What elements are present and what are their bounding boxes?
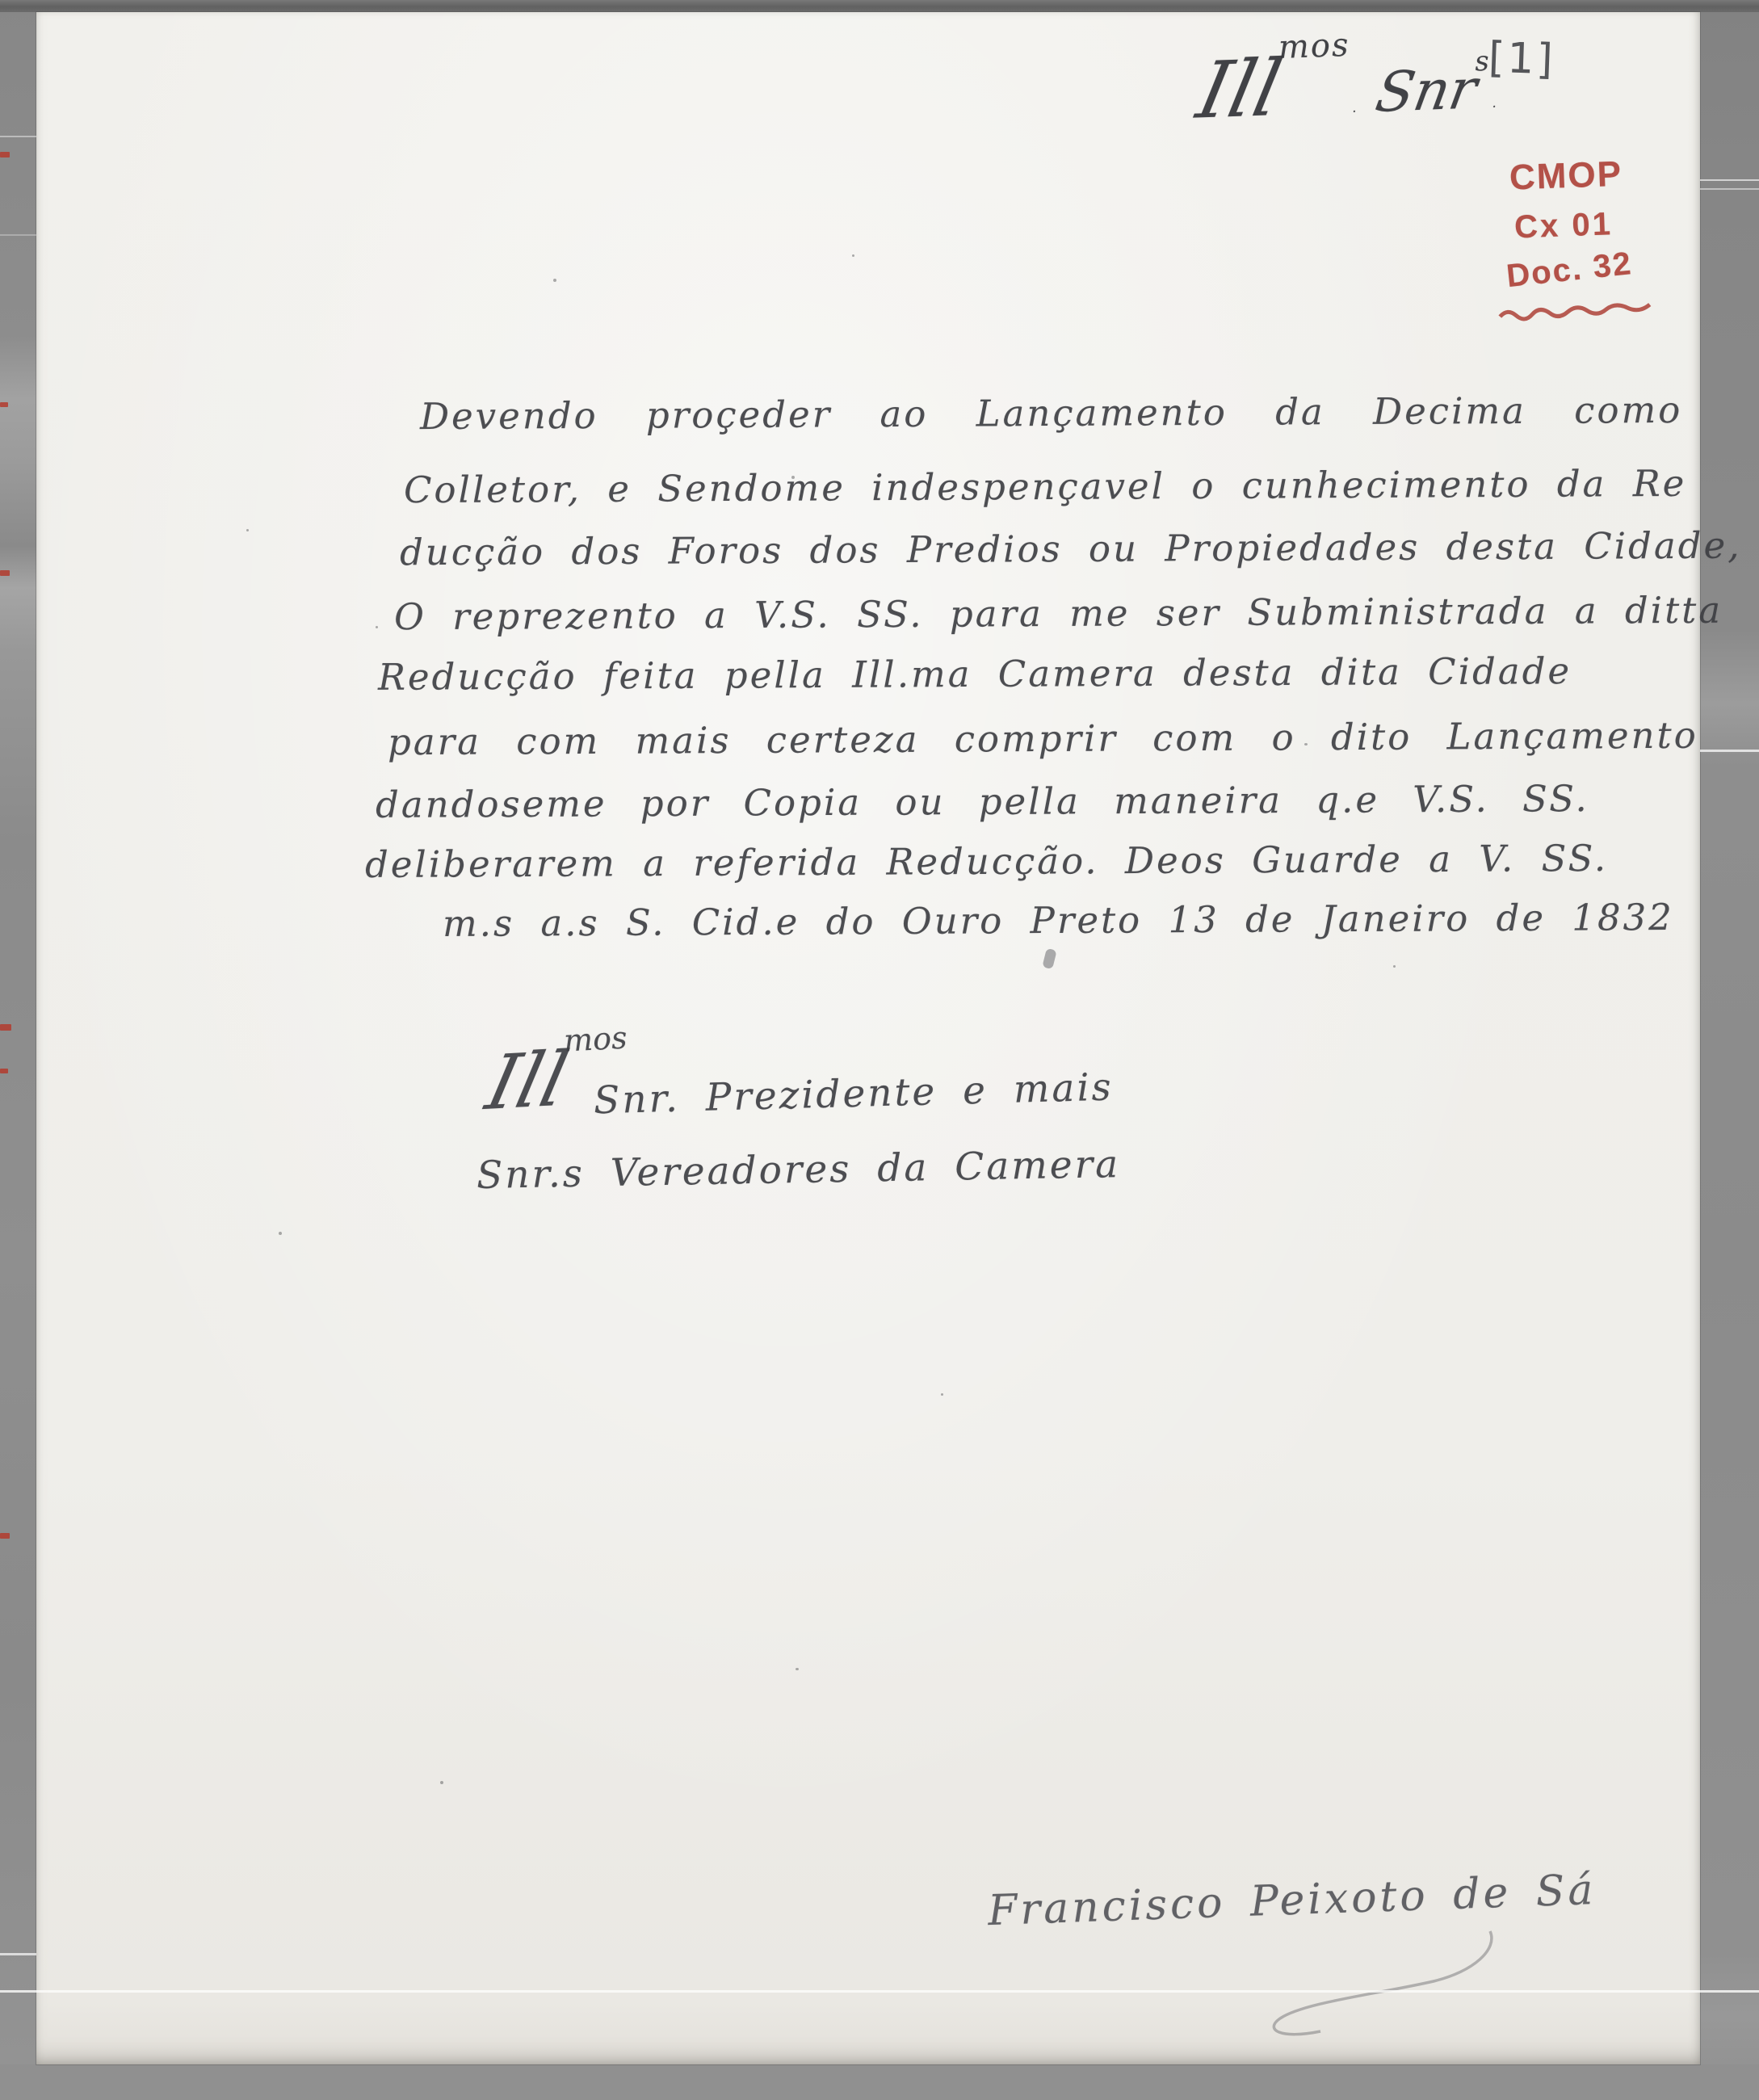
scanner-band-right xyxy=(1700,0,1759,2100)
archival-stamp: CMOP Cx 01 Doc. 32 xyxy=(1509,153,1633,290)
address-line-president: Snr. Prezidente e mais xyxy=(593,1065,1114,1123)
signature-flourish xyxy=(1248,1925,1506,2046)
salutation-sep: . xyxy=(1352,100,1357,115)
paper-speck xyxy=(279,1232,282,1235)
letter-page: Illmos.Snrs. [1] CMOP Cx 01 Doc. 32 Deve… xyxy=(36,12,1700,2064)
archival-box-code: Cx 01 xyxy=(1513,205,1631,246)
paper-speck xyxy=(1086,485,1089,488)
letter-line-4: O reprezento a V.S. SS. para me ser Subm… xyxy=(394,589,1723,639)
letter-line-2: Colletor, e Sendome indespençavel o cunh… xyxy=(404,462,1687,511)
salutation-illmos: Ill xyxy=(1190,42,1289,136)
paper-speck xyxy=(796,1668,799,1670)
paper-speck xyxy=(1304,743,1308,745)
archival-doc-code: Doc. 32 xyxy=(1505,246,1634,295)
salutation-snrs: Snr xyxy=(1371,57,1482,125)
archival-collection-code: CMOP xyxy=(1509,153,1630,198)
address-illmos-base: Ill xyxy=(479,1035,576,1127)
stamp-underline-squiggle xyxy=(1496,294,1666,327)
paper-speck xyxy=(941,1393,943,1396)
scanner-band-bottom xyxy=(0,2064,1759,2100)
salutation-end: . xyxy=(1492,95,1497,111)
address-line-vereadores: Snr.s Vereadores da Camera xyxy=(476,1142,1121,1198)
red-edge-mark xyxy=(0,1533,10,1539)
scanned-document: Illmos.Snrs. [1] CMOP Cx 01 Doc. 32 Deve… xyxy=(0,0,1759,2100)
letter-line-9-dateline: m.s a.s S. Cid.e do Ouro Preto 13 de Jan… xyxy=(443,896,1674,945)
letter-line-1: Devendo proçeder ao Lançamento da Decima… xyxy=(420,388,1683,438)
letter-line-3: ducção dos Foros dos Predios ou Propieda… xyxy=(400,524,1742,574)
red-edge-mark xyxy=(0,152,10,157)
scanner-top-strip xyxy=(0,0,1759,12)
salutation-illmos-sup: mos xyxy=(1278,27,1350,66)
scanner-band-left xyxy=(0,0,36,2100)
paper-speck xyxy=(553,279,556,282)
red-edge-mark xyxy=(0,1069,8,1073)
paper-speck xyxy=(376,626,378,628)
letter-line-6: para com mais certeza comprir com o dito… xyxy=(388,714,1698,763)
paper-speck xyxy=(440,1781,443,1784)
letter-line-5: Reducção feita pella Ill.ma Camera desta… xyxy=(378,649,1572,699)
salutation-header: Illmos.Snrs. xyxy=(1198,22,1497,136)
paper-speck xyxy=(852,254,854,257)
red-edge-mark xyxy=(0,1024,11,1031)
paper-speck xyxy=(1393,965,1396,968)
red-edge-mark xyxy=(0,402,8,407)
paper-speck xyxy=(791,476,795,479)
paper-speck xyxy=(246,529,249,531)
ink-blot xyxy=(1042,948,1056,969)
page-number-marker: [1] xyxy=(1488,34,1556,85)
red-edge-mark xyxy=(0,570,10,576)
letter-line-7: dandoseme por Copia ou pella maneira q.e… xyxy=(376,777,1589,826)
letter-line-8: deliberarem a referida Reducção. Deos Gu… xyxy=(365,837,1608,886)
